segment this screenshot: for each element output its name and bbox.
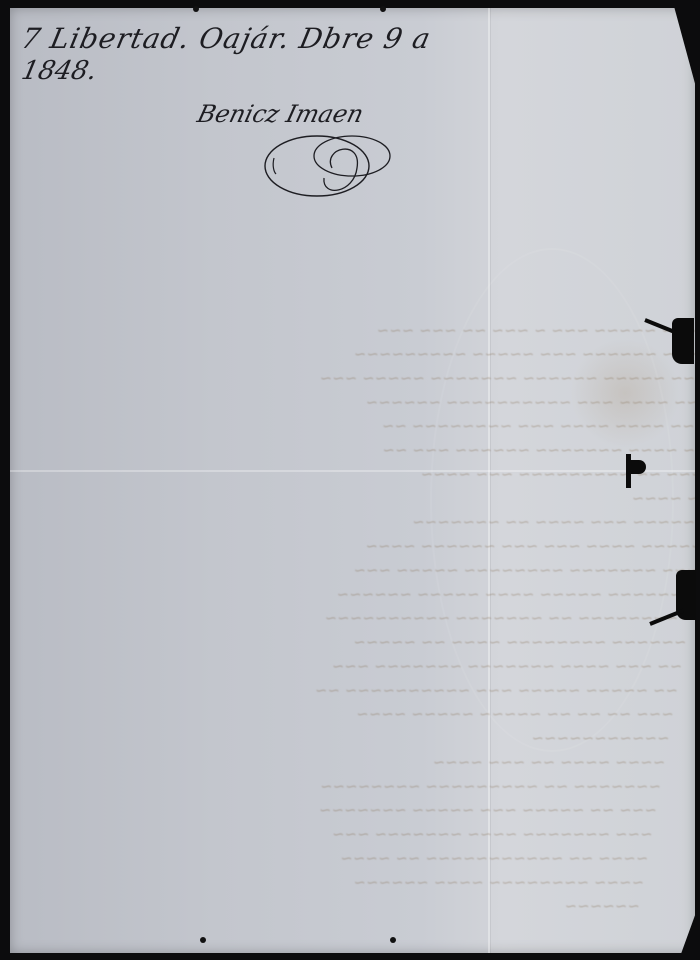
binding-hole	[193, 6, 199, 12]
mount-clip-middle-head	[626, 460, 646, 474]
mount-clip-top	[672, 318, 694, 364]
signature: Benicz Imaen	[195, 100, 367, 128]
bleed-through-text: ~~~~ ~~ ~~~~~ ~~~ ~ ~~~ ~~ ~~~ ~~~ ~~~~~…	[0, 318, 700, 928]
letter-header-place-date: 7 Libertad. Oajár. Dbre 9 a	[18, 22, 434, 55]
letter-header-year: 1848.	[19, 56, 100, 86]
binding-hole	[200, 937, 206, 943]
signature-flourish-icon	[262, 128, 402, 203]
binding-hole	[390, 937, 396, 943]
binding-hole	[380, 6, 386, 12]
